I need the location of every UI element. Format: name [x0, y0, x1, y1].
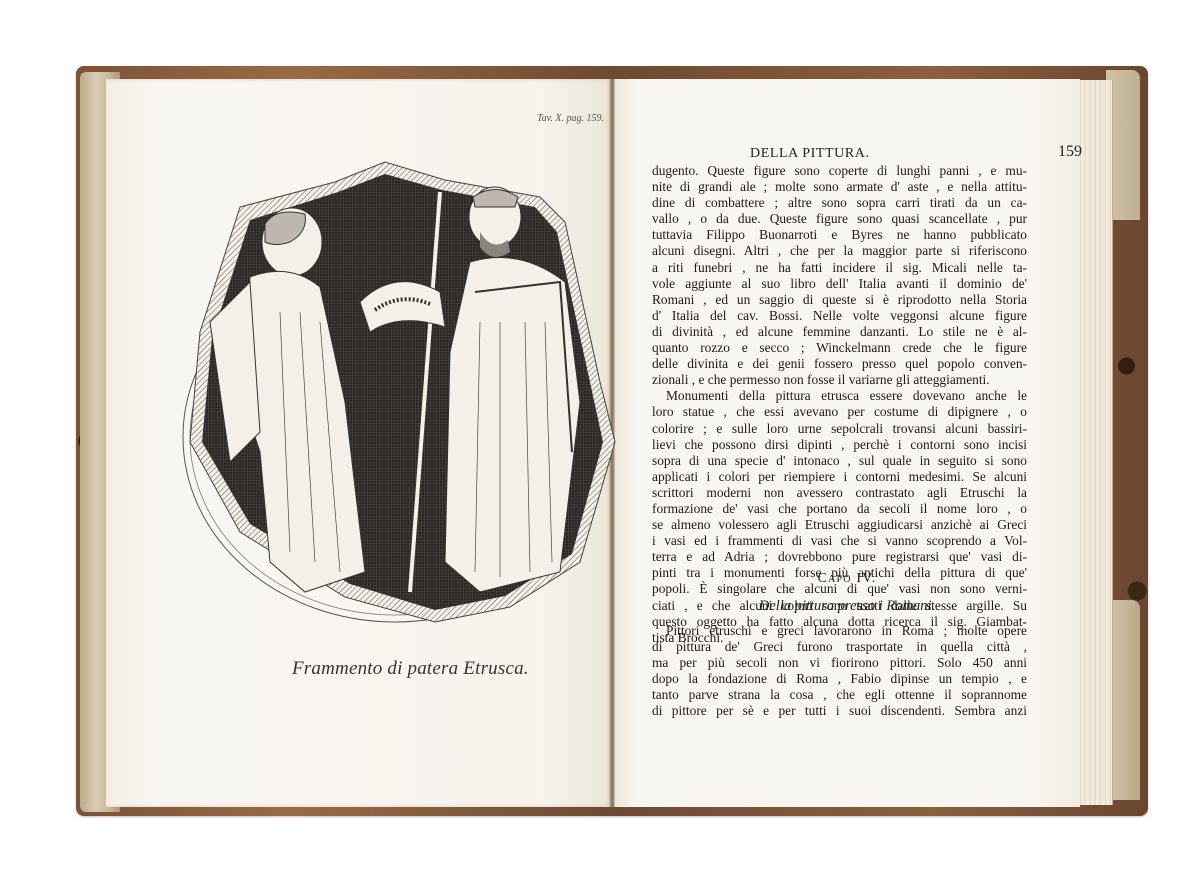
text-line: colorire ; e sulle loro urne sepolcrali … — [652, 421, 1027, 437]
text-line: i vasi ed i frammenti di vasi che si van… — [652, 533, 1027, 549]
text-line: tanto parve strana la cosa , che egli ot… — [652, 687, 1027, 703]
body-text-bottom: Pittori etruschi e greci lavorarono in R… — [652, 623, 1027, 720]
text-line: a riti funebri , ne ha fatti incidere il… — [652, 260, 1027, 276]
text-line: scrittori moderni non avessero contrasta… — [652, 485, 1027, 501]
text-line: Pittori etruschi e greci lavorarono in R… — [652, 623, 1027, 639]
page-edges — [1078, 80, 1113, 805]
text-line: d' Italia del cav. Bossi. Nelle volte ve… — [652, 308, 1027, 324]
page-number: 159 — [1058, 143, 1082, 161]
section-title: Della pittura presso i Romani. — [614, 598, 1080, 615]
patera-illustration — [180, 152, 620, 632]
text-line: quanto rozzo e secco ; Winckelmann crede… — [652, 340, 1027, 356]
text-line: dine di combattere ; altre sono sopra ca… — [652, 195, 1027, 211]
text-line: applicati i colori per riempiere i conto… — [652, 469, 1027, 485]
text-line: di divinità , ed alcune femmine danzanti… — [652, 324, 1027, 340]
text-line: dopo la fondazione di Roma , Fabio dipin… — [652, 671, 1027, 687]
plate-reference: Tav. X. pag. 159. — [537, 113, 604, 124]
text-line: nite di grandi ale ; molte sono armate d… — [652, 179, 1027, 195]
text-line: sopra di una specie d' intonaco , sul qu… — [652, 453, 1027, 469]
text-line: formazione de' vasi che portano da secol… — [652, 501, 1027, 517]
text-line: vole aggiunte al suo libro dell' Italia … — [652, 276, 1027, 292]
text-line: dugento. Queste figure sono coperte di l… — [652, 163, 1027, 179]
text-line: tuttavia Filippo Buonarroti e Byres ne h… — [652, 227, 1027, 243]
text-line: Romani , ed un saggio di queste si è rip… — [652, 292, 1027, 308]
illustration-caption: Frammento di patera Etrusca. — [292, 658, 529, 680]
text-line: delle divinita e dei genii fossero press… — [652, 356, 1027, 372]
text-line: lievi che possono dirsi dipinti , perchè… — [652, 437, 1027, 453]
text-line: zionali , e che permesso non fosse il va… — [652, 372, 1027, 388]
text-line: di pittore per sè e per tutti i suoi dis… — [652, 703, 1027, 719]
text-line: alcuni disegni. Altri , che per la maggi… — [652, 243, 1027, 259]
text-line: se almeno volessero agli Etruschi aggiud… — [652, 517, 1027, 533]
running-head: DELLA PITTURA. — [750, 146, 870, 162]
text-line: Monumenti della pittura etrusca essere d… — [652, 388, 1027, 404]
text-line: di pittura de' Greci furono trasportate … — [652, 639, 1027, 655]
text-line: terra e ad Adria ; dovrebbono pure regis… — [652, 549, 1027, 565]
chapter-heading: Capo IV. — [614, 571, 1080, 587]
text-line: ma per più secoli non vi fiorirono pitto… — [652, 655, 1027, 671]
text-line: loro statue , che essi avevano per costu… — [652, 404, 1027, 420]
text-line: vallo , o da due. Queste figure sono qua… — [652, 211, 1027, 227]
